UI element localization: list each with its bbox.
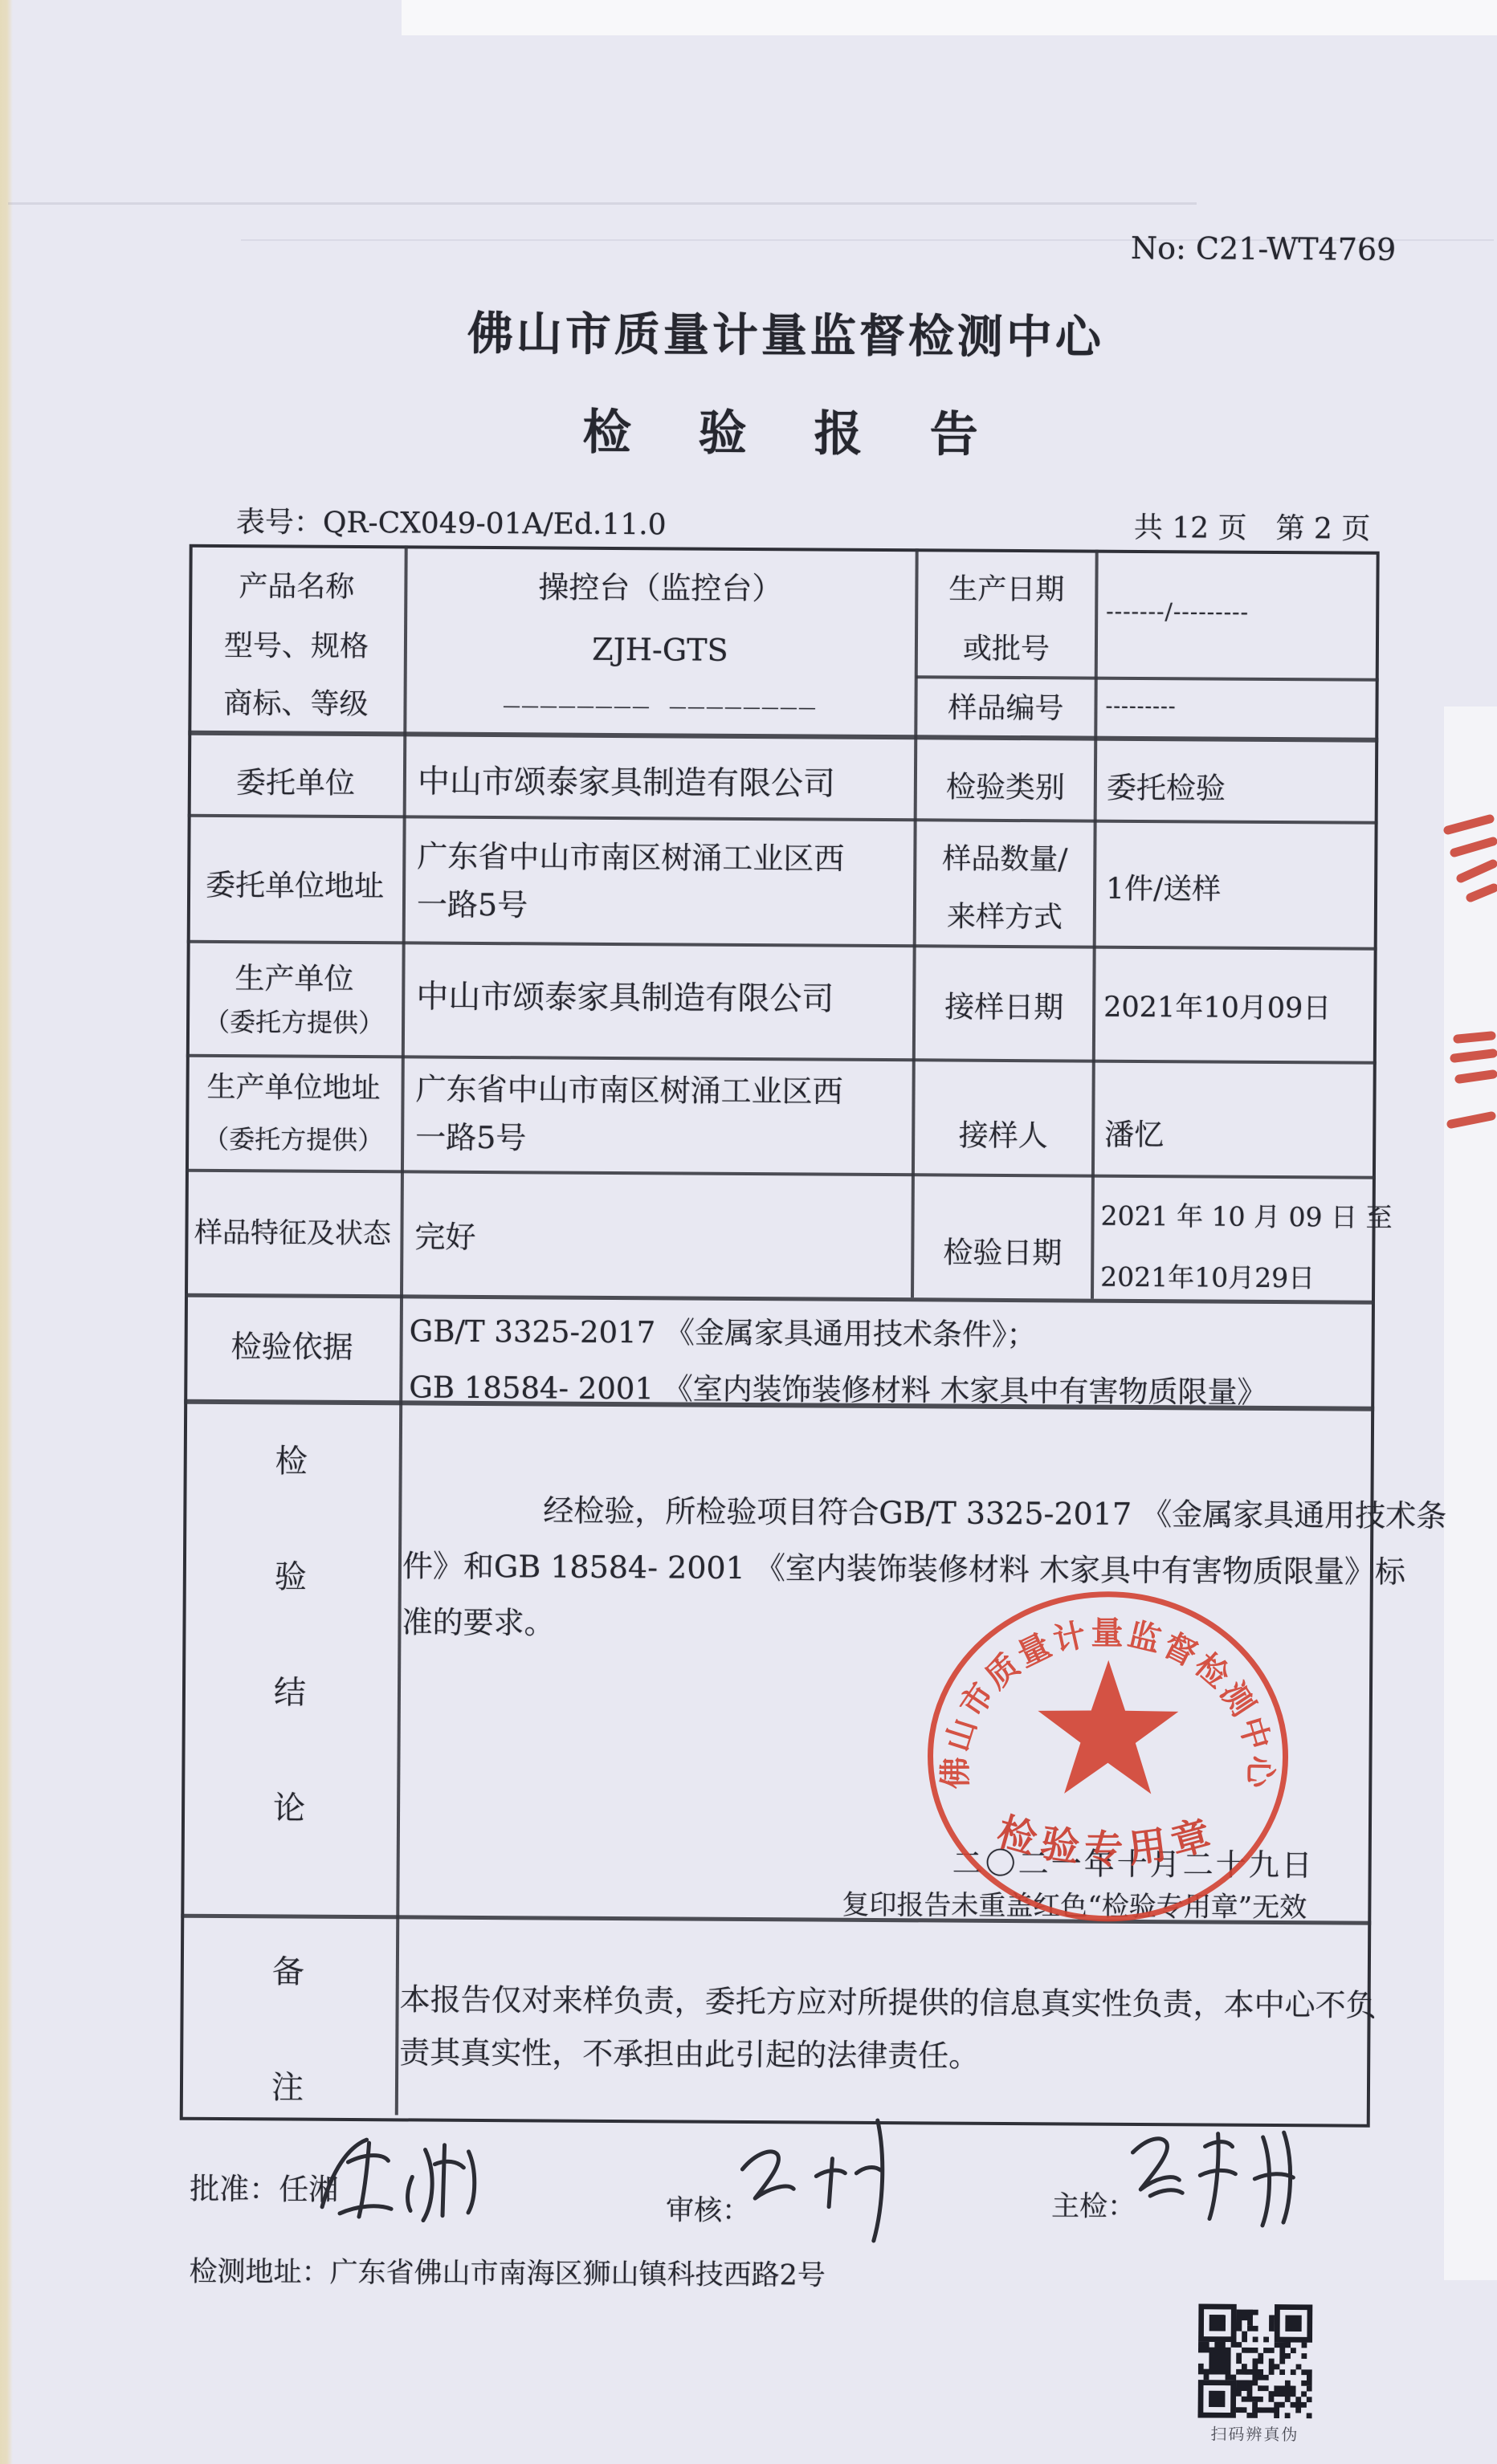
field-label: 检验依据 <box>184 1322 399 1367</box>
field-label: 型号、规格 <box>189 623 404 666</box>
remark-text: 本报告仅对来样负责，委托方应对所提供的信息真实性负责，本中心不负 <box>400 1974 1377 2024</box>
report-title: 检 验 报 告 <box>190 392 1380 468</box>
remark-label-char: 注 <box>180 2062 395 2109</box>
field-value-dashes: -------/--------- <box>1106 598 1249 625</box>
field-value: 一路5号 <box>417 879 528 924</box>
conclusion-text: 经检验，所检验项目符合GB/T 3325-2017 《金属家具通用技术条 <box>543 1485 1446 1535</box>
remark-text: 责其真实性，不承担由此引起的法律责任。 <box>399 2027 979 2075</box>
field-value: 2021 年 10 月 09 日 至 <box>1101 1195 1393 1235</box>
field-label: （委托方提供） <box>186 1002 402 1041</box>
field-value: 一路5号 <box>415 1112 527 1157</box>
field-value: 广东省中山市南区树涌工业区西 <box>417 831 844 878</box>
field-value: ZJH-GTS <box>404 630 916 669</box>
field-label: 委托单位 <box>188 758 403 803</box>
field-value: GB 18584- 2001 《室内装饰装修材料 木家具中有害物质限量》 <box>409 1362 1267 1411</box>
field-label: 接样日期 <box>914 982 1094 1026</box>
field-label: 来样方式 <box>915 894 1095 935</box>
field-label: 样品特征及状态 <box>185 1211 400 1252</box>
conclusion-label-char: 结 <box>182 1667 398 1714</box>
field-label: 产品名称 <box>189 564 404 606</box>
form-number: 表号：QR-CX049-01A/Ed.11.0 <box>236 499 667 543</box>
field-value: 中山市颂泰家具制造有限公司 <box>418 755 835 804</box>
field-label: 样品数量/ <box>915 836 1095 878</box>
inspector-signature <box>1105 2116 1323 2246</box>
field-value: 操控台（监控台） <box>404 561 916 609</box>
conclusion-label-char: 论 <box>182 1782 397 1830</box>
field-value: GB/T 3325-2017 《金属家具通用技术条件》； <box>410 1306 1037 1354</box>
field-label: 检验类别 <box>916 762 1095 806</box>
field-label: 接样人 <box>913 1110 1093 1155</box>
review-label: 审核： <box>666 2188 750 2229</box>
field-value: 委托检验 <box>1107 764 1226 808</box>
reviewer-signature <box>720 2105 929 2259</box>
org-title: 佛山市质量计量监督检测中心 <box>190 295 1381 369</box>
inspect-label: 主检： <box>1051 2184 1136 2225</box>
page-info: 共 12 页 第 2 页 <box>1134 505 1371 548</box>
field-value: 中山市颂泰家具制造有限公司 <box>416 971 834 1019</box>
field-label: 商标、等级 <box>188 681 403 723</box>
field-value: 1件/送样 <box>1106 866 1221 908</box>
field-value: 2021年10月29日 <box>1100 1256 1315 1296</box>
inspection-seal: 佛山市质量计量监督检测中心 检验专用章 <box>902 1568 1322 1948</box>
field-value: 潘忆 <box>1104 1110 1164 1154</box>
report-number: No: C21-WT4769 <box>1131 230 1397 267</box>
conclusion-text: 准的要求。 <box>402 1597 554 1642</box>
field-label: 检验日期 <box>912 1228 1092 1272</box>
seal-star <box>1038 1660 1179 1794</box>
qr-caption: 扫码辨真伪 <box>1197 2421 1311 2445</box>
scanned-report-page: No: C21-WT4769 佛山市质量计量监督检测中心 检 验 报 告 表号：… <box>0 0 1497 2464</box>
approve-label: 批准：任湘 <box>190 2165 338 2209</box>
qr-code-image <box>1197 2303 1312 2418</box>
field-label: 或批号 <box>916 625 1096 667</box>
field-value-dashes: ———————— ———————— <box>403 691 916 719</box>
field-label: （委托方提供） <box>186 1119 401 1158</box>
field-label: 生产单位 <box>186 954 402 999</box>
field-label: 生产单位地址 <box>186 1065 401 1107</box>
field-value: 完好 <box>414 1212 475 1256</box>
seal-bottom-text: 检验专用章 <box>992 1809 1222 1872</box>
field-label: 生产日期 <box>916 566 1096 608</box>
field-label: 样品编号 <box>916 685 1095 727</box>
test-address: 检测地址：广东省佛山市南海区狮山镇科技西路2号 <box>189 2250 826 2294</box>
field-value-dashes: --------- <box>1105 694 1176 719</box>
field-value: 广东省中山市南区树涌工业区西 <box>415 1064 842 1110</box>
field-label: 委托单位地址 <box>187 861 402 906</box>
remark-label-char: 备 <box>181 1946 396 1994</box>
conclusion-label-char: 检 <box>184 1436 399 1483</box>
qr-code: 扫码辨真伪 <box>1197 2303 1312 2445</box>
field-value: 2021年10月09日 <box>1103 985 1331 1027</box>
conclusion-label-char: 验 <box>183 1551 398 1599</box>
